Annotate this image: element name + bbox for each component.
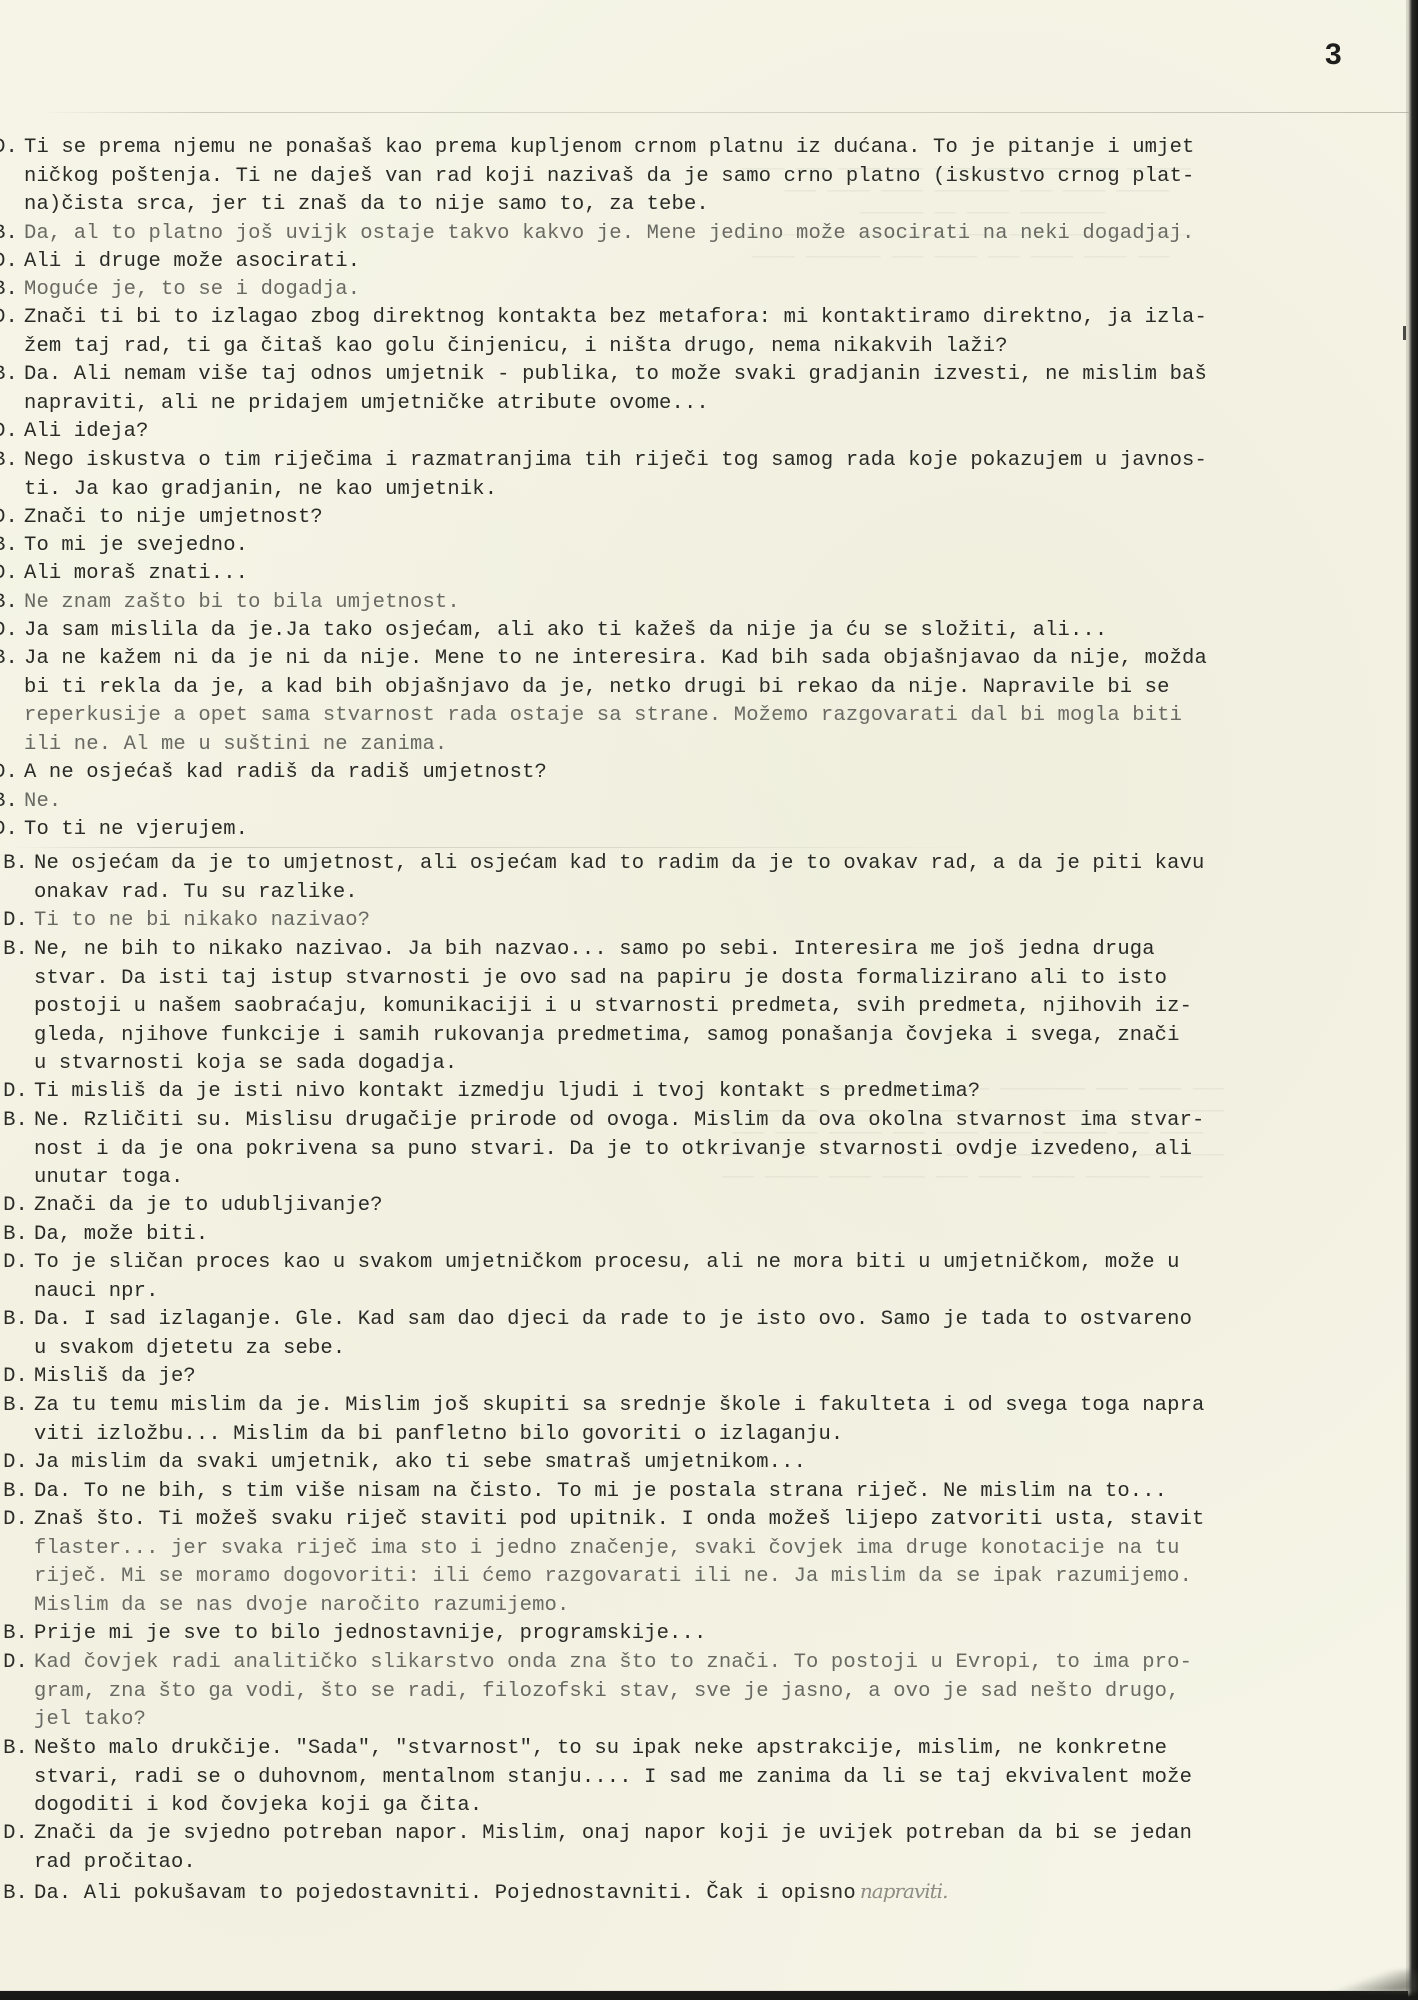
speaker-label: B. [0, 447, 18, 476]
turn-text: nost i da je ona pokrivena sa puno stvar… [2, 1136, 1205, 1165]
turn-text: Da. To ne bih, s tim više nisam na čisto… [34, 1480, 1167, 1503]
speaker-label: D. [0, 816, 18, 845]
transcript-turn: B.Moguće je, to se i dogadja. [0, 276, 360, 305]
transcript-turn: D.Znaš što. Ti možeš svaku riječ staviti… [2, 1506, 1205, 1620]
speaker-label: B. [2, 850, 28, 879]
speaker-label: B. [2, 1306, 28, 1335]
turn-text: Mislim da se nas dvoje naročito razumije… [2, 1592, 1205, 1621]
transcript-turn: D.Ali moraš znati... [0, 560, 248, 589]
transcript-turn: B.Za tu temu mislim da je. Mislim još sk… [2, 1392, 1205, 1449]
transcript-turn: B.Da. Ali nemam više taj odnos umjetnik … [0, 361, 1207, 418]
turn-text: Ja mislim da svaki umjetnik, ako ti sebe… [34, 1451, 806, 1474]
transcript-turn: B.Ne. [0, 788, 61, 817]
transcript-turn: B.Nego iskustva o tim riječima i razmatr… [0, 447, 1207, 504]
turn-text: Ali moraš znati... [24, 562, 248, 585]
turn-text: A ne osjećaš kad radiš da radiš umjetnos… [24, 761, 547, 784]
turn-text: Znaš što. Ti možeš svaku riječ staviti p… [34, 1508, 1205, 1531]
transcript-turn: B.Da. I sad izlaganje. Gle. Kad sam dao … [2, 1306, 1192, 1363]
transcript-turn: B.Ne osjećam da je to umjetnost, ali osj… [2, 850, 1205, 907]
turn-text: Ja sam mislila da je.Ja tako osjećam, al… [24, 619, 1107, 642]
turn-text: Kad čovjek radi analitičko slikarstvo on… [34, 1651, 1192, 1674]
turn-text: žem taj rad, ti ga čitaš kao golu činjen… [0, 333, 1207, 362]
page-corner-shadow [1328, 1970, 1418, 1992]
transcript-turn: D.A ne osjećaš kad radiš da radiš umjetn… [0, 759, 547, 788]
transcript-turn: B.To mi je svejedno. [0, 532, 248, 561]
edge-mark [1403, 326, 1406, 340]
turn-text: Da. Ali pokušavam to pojedostavniti. Poj… [34, 1882, 856, 1905]
turn-text: viti izložbu... Mislim da bi panfletno b… [2, 1421, 1205, 1450]
transcript-turn: D.To je sličan proces kao u svakom umjet… [2, 1249, 1180, 1306]
turn-text: Ne osjećam da je to umjetnost, ali osjeć… [34, 852, 1205, 875]
transcript-turn: D.Znači to nije umjetnost? [0, 504, 323, 533]
turn-text: ili ne. Al me u suštini ne zanima. [0, 731, 1207, 760]
turn-text: riječ. Mi se moramo dogovoriti: ili ćemo… [2, 1563, 1205, 1592]
transcript-turn: D.Ti misliš da je isti nivo kontakt izme… [2, 1078, 980, 1107]
turn-text: Ali ideja? [24, 420, 149, 443]
speaker-label: D. [2, 1363, 28, 1392]
turn-text: Ne. [24, 790, 61, 813]
turn-text: jel tako? [2, 1706, 1192, 1735]
turn-text: rad pročitao. [2, 1849, 1192, 1878]
transcript-turn: D.Ja mislim da svaki umjetnik, ako ti se… [2, 1449, 806, 1478]
turn-text: Da. Ali nemam više taj odnos umjetnik - … [24, 363, 1207, 386]
turn-text: Da, može biti. [34, 1223, 208, 1246]
turn-text: gram, zna što ga vodi, što se radi, filo… [2, 1678, 1192, 1707]
speaker-label: D. [2, 1449, 28, 1478]
speaker-label: D. [0, 617, 18, 646]
speaker-label: D. [0, 759, 18, 788]
turn-text: Nešto malo drukčije. "Sada", "stvarnost"… [34, 1737, 1167, 1760]
turn-text: stvari, radi se o duhovnom, mentalnom st… [2, 1764, 1192, 1793]
speaker-label: D. [0, 504, 18, 533]
speaker-label: D. [0, 560, 18, 589]
turn-text: Znači to nije umjetnost? [24, 506, 323, 529]
turn-text: postoji u našem saobraćaju, komunikaciji… [2, 993, 1192, 1022]
turn-text: Ti misliš da je isti nivo kontakt izmedj… [34, 1080, 980, 1103]
turn-text: Da, al to platno još uvijk ostaje takvo … [24, 222, 1195, 245]
turn-text: reperkusije a opet sama stvarnost rada o… [0, 702, 1207, 731]
speaker-label: B. [0, 788, 18, 817]
turn-text: Nego iskustva o tim riječima i razmatran… [24, 449, 1207, 472]
turn-text: nauci npr. [2, 1278, 1180, 1307]
top-rule [40, 112, 1410, 113]
turn-text: gleda, njihove funkcije i samih rukovanj… [2, 1022, 1192, 1051]
transcript-turn: D.Znači da je svjedno potreban napor. Mi… [2, 1820, 1192, 1877]
transcript-turn: B.Ne. Rzličiti su. Mislisu drugačije pri… [2, 1107, 1205, 1193]
speaker-label: B. [2, 1392, 28, 1421]
turn-text: Za tu temu mislim da je. Mislim još skup… [34, 1394, 1205, 1417]
speaker-label: B. [2, 1221, 28, 1250]
turn-text: To mi je svejedno. [24, 534, 248, 557]
turn-text: Ali i druge može asocirati. [24, 250, 360, 273]
turn-text: Misliš da je? [34, 1365, 196, 1388]
page-edge-shadow [1408, 0, 1418, 2000]
speaker-label: D. [0, 304, 18, 333]
speaker-label: B. [0, 276, 18, 305]
turn-text: Znači ti bi to izlagao zbog direktnog ko… [24, 306, 1207, 329]
speaker-label: B. [2, 1478, 28, 1507]
transcript-turn: D.Ti to ne bi nikako nazivao? [2, 907, 370, 936]
turn-text: Ti to ne bi nikako nazivao? [34, 909, 370, 932]
speaker-label: D. [2, 1078, 28, 1107]
speaker-label: B. [0, 645, 18, 674]
turn-text: Ne, ne bih to nikako nazivao. Ja bih naz… [34, 938, 1155, 961]
speaker-label: D. [0, 248, 18, 277]
turn-text: Moguće je, to se i dogadja. [24, 278, 360, 301]
turn-text: flaster... jer svaka riječ ima sto i jed… [2, 1535, 1205, 1564]
transcript-turn: B.Prije mi je sve to bilo jednostavnije,… [2, 1620, 706, 1649]
speaker-label: D. [0, 134, 18, 163]
speaker-label: B. [2, 1735, 28, 1764]
speaker-label: B. [2, 1880, 28, 1909]
turn-text: ti. Ja kao gradjanin, ne kao umjetnik. [0, 476, 1207, 505]
speaker-label: D. [0, 418, 18, 447]
mid-rule [10, 847, 990, 848]
turn-text: na)čista srca, jer ti znaš da to nije sa… [0, 191, 1195, 220]
turn-text: To ti ne vjerujem. [24, 818, 248, 841]
turn-text: Znači da je svjedno potreban napor. Misl… [34, 1822, 1192, 1845]
transcript-turn: B.Da, može biti. [2, 1221, 208, 1250]
turn-text: u stvarnosti koja se sada dogadja. [2, 1050, 1192, 1079]
speaker-label: B. [2, 936, 28, 965]
transcript-turn: B.Da, al to platno još uvijk ostaje takv… [0, 220, 1195, 249]
speaker-label: D. [2, 1192, 28, 1221]
speaker-label: B. [0, 361, 18, 390]
speaker-label: B. [0, 589, 18, 618]
turn-text: Ne. Rzličiti su. Mislisu drugačije priro… [34, 1109, 1205, 1132]
handwritten-annotation: napraviti. [860, 1879, 948, 1903]
transcript-turn: D.Znači da je to udubljivanje? [2, 1192, 383, 1221]
turn-text: Prije mi je sve to bilo jednostavnije, p… [34, 1622, 706, 1645]
turn-text: stvar. Da isti taj istup stvarnosti je o… [2, 965, 1192, 994]
transcript-turn: B.Da. Ali pokušavam to pojedostavniti. P… [2, 1877, 947, 1906]
turn-text: Da. I sad izlaganje. Gle. Kad sam dao dj… [34, 1308, 1192, 1331]
transcript-turn: B.Ne znam zašto bi to bila umjetnost. [0, 589, 460, 618]
speaker-label: D. [2, 907, 28, 936]
transcript-turn: D.Znači ti bi to izlagao zbog direktnog … [0, 304, 1207, 361]
turn-text: To je sličan proces kao u svakom umjetni… [34, 1251, 1180, 1274]
turn-text: dogoditi i kod čovjeka koji ga čita. [2, 1792, 1192, 1821]
speaker-label: B. [0, 532, 18, 561]
transcript-turn: D.To ti ne vjerujem. [0, 816, 248, 845]
turn-text: u svakom djetetu za sebe. [2, 1335, 1192, 1364]
speaker-label: D. [2, 1506, 28, 1535]
turn-text: Ne znam zašto bi to bila umjetnost. [24, 591, 460, 614]
transcript-turn: D.Misliš da je? [2, 1363, 196, 1392]
speaker-label: D. [2, 1649, 28, 1678]
turn-text: bi ti rekla da je, a kad bih objašnjavo … [0, 674, 1207, 703]
speaker-label: B. [2, 1620, 28, 1649]
transcript-turn: D.Ali i druge može asocirati. [0, 248, 360, 277]
turn-text: unutar toga. [2, 1164, 1205, 1193]
transcript-turn: B.Ja ne kažem ni da je ni da nije. Mene … [0, 645, 1207, 759]
turn-text: Ja ne kažem ni da je ni da nije. Mene to… [24, 647, 1207, 670]
page-number: 3 [1325, 38, 1342, 72]
speaker-label: D. [2, 1249, 28, 1278]
transcript-turn: B.Nešto malo drukčije. "Sada", "stvarnos… [2, 1735, 1192, 1821]
transcript-turn: D.Ali ideja? [0, 418, 149, 447]
transcript-turn: D.Ja sam mislila da je.Ja tako osjećam, … [0, 617, 1107, 646]
speaker-label: B. [2, 1107, 28, 1136]
turn-text: Ti se prema njemu ne ponašaš kao prema k… [24, 136, 1195, 159]
transcript-turn: B.Da. To ne bih, s tim više nisam na čis… [2, 1478, 1167, 1507]
turn-text: onakav rad. Tu su razlike. [2, 879, 1205, 908]
transcript-turn: B.Ne, ne bih to nikako nazivao. Ja bih n… [2, 936, 1192, 1079]
turn-text: Znači da je to udubljivanje? [34, 1194, 383, 1217]
transcript-turn: D.Ti se prema njemu ne ponašaš kao prema… [0, 134, 1195, 220]
speaker-label: B. [0, 220, 18, 249]
turn-text: ničkog poštenja. Ti ne daješ van rad koj… [0, 163, 1195, 192]
turn-text: napraviti, ali ne pridajem umjetničke at… [0, 390, 1207, 419]
speaker-label: D. [2, 1820, 28, 1849]
page-bottom-shadow [0, 1990, 1418, 2000]
transcript-turn: D.Kad čovjek radi analitičko slikarstvo … [2, 1649, 1192, 1735]
